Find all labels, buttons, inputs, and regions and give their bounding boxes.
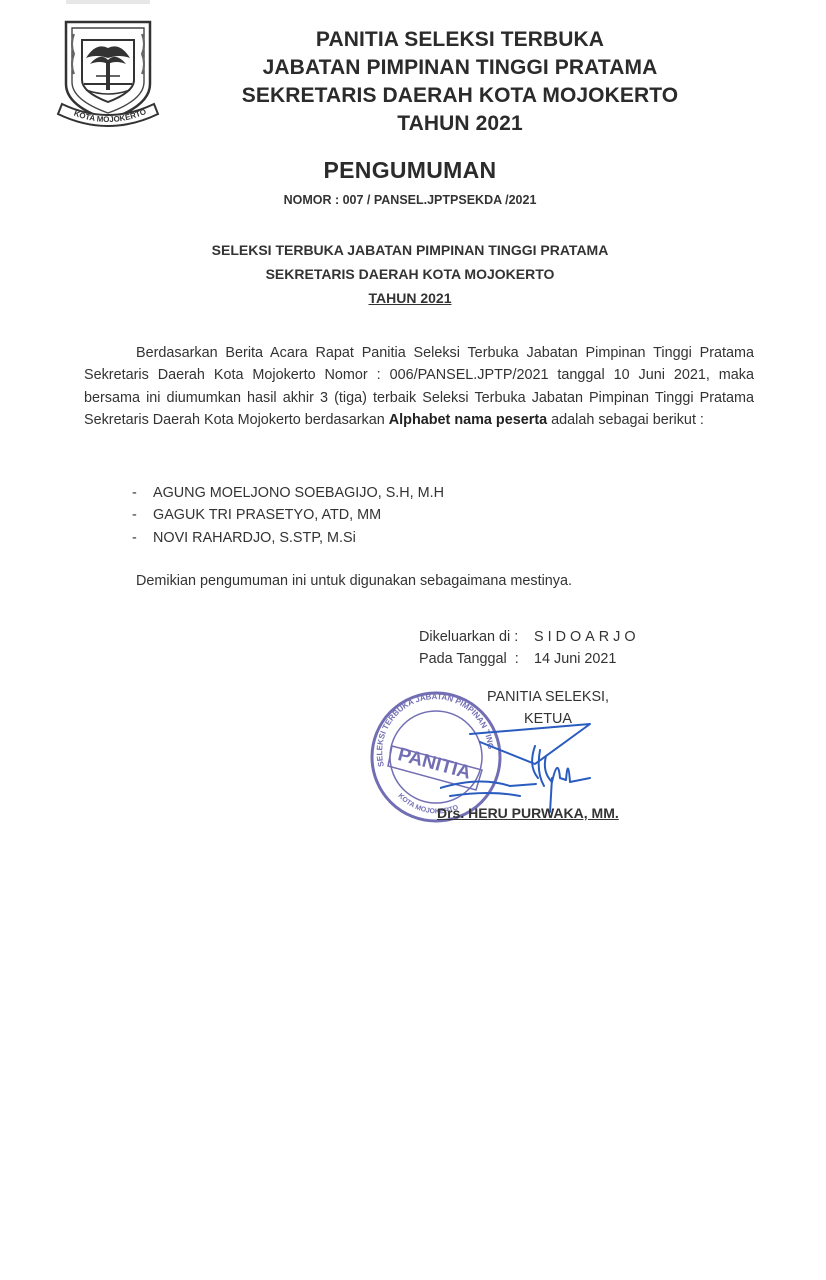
issued-place-row: Dikeluarkan di : SIDOARJO	[419, 626, 640, 648]
letterhead-line: TAHUN 2021	[200, 110, 720, 138]
document-subtitle: SELEKSI TERBUKA JABATAN PIMPINAN TINGGI …	[140, 238, 680, 310]
issuance-block: Dikeluarkan di : SIDOARJO Pada Tanggal :…	[419, 626, 640, 670]
issued-date-row: Pada Tanggal : 14 Juni 2021	[419, 648, 640, 670]
issued-place-label: Dikeluarkan di :	[419, 626, 534, 648]
issued-date-label: Pada Tanggal :	[419, 648, 534, 670]
announcement-document: KOTA MOJOKERTO PANITIA SELEKSI TERBUKA J…	[0, 0, 826, 1280]
list-item: -AGUNG MOELJONO SOEBAGIJO, S.H, M.H	[132, 482, 632, 504]
closing-statement: Demikian pengumuman ini untuk digunakan …	[136, 573, 696, 589]
signatory-name: Drs. HERU PURWAKA, MM.	[437, 805, 619, 821]
issued-date-value: 14 Juni 2021	[534, 648, 616, 670]
handwritten-signature	[440, 716, 600, 816]
document-title: PENGUMUMAN	[230, 157, 590, 184]
letterhead-line: JABATAN PIMPINAN TINGGI PRATAMA	[200, 54, 720, 82]
candidate-name: GAGUK TRI PRASETYO, ATD, MM	[153, 504, 381, 526]
subtitle-line: SEKRETARIS DAERAH KOTA MOJOKERTO	[140, 262, 680, 286]
subtitle-line: SELEKSI TERBUKA JABATAN PIMPINAN TINGGI …	[140, 238, 680, 262]
letterhead: PANITIA SELEKSI TERBUKA JABATAN PIMPINAN…	[200, 26, 720, 138]
document-number: NOMOR : 007 / PANSEL.JPTPSEKDA /2021	[200, 193, 620, 207]
bullet: -	[132, 504, 153, 526]
bullet: -	[132, 482, 153, 504]
subtitle-year-text: TAHUN 2021	[369, 290, 452, 306]
paragraph-end: adalah sebagai berikut :	[551, 412, 704, 428]
candidate-name: NOVI RAHARDJO, S.STP, M.Si	[153, 527, 356, 549]
candidate-list: -AGUNG MOELJONO SOEBAGIJO, S.H, M.H -GAG…	[132, 482, 632, 549]
issued-place-value: SIDOARJO	[534, 626, 640, 648]
letterhead-line: PANITIA SELEKSI TERBUKA	[200, 26, 720, 54]
bullet: -	[132, 527, 153, 549]
subtitle-year: TAHUN 2021	[140, 286, 680, 310]
scan-artifact	[66, 0, 150, 4]
candidate-name: AGUNG MOELJONO SOEBAGIJO, S.H, M.H	[153, 482, 444, 504]
paragraph-bold-phrase: Alphabet nama peserta	[389, 412, 547, 428]
body-paragraph: Berdasarkan Berita Acara Rapat Panitia S…	[84, 342, 754, 432]
list-item: -NOVI RAHARDJO, S.STP, M.Si	[132, 527, 632, 549]
letterhead-line: SEKRETARIS DAERAH KOTA MOJOKERTO	[200, 82, 720, 110]
kota-mojokerto-emblem-icon: KOTA MOJOKERTO	[52, 14, 164, 138]
list-item: -GAGUK TRI PRASETYO, ATD, MM	[132, 504, 632, 526]
